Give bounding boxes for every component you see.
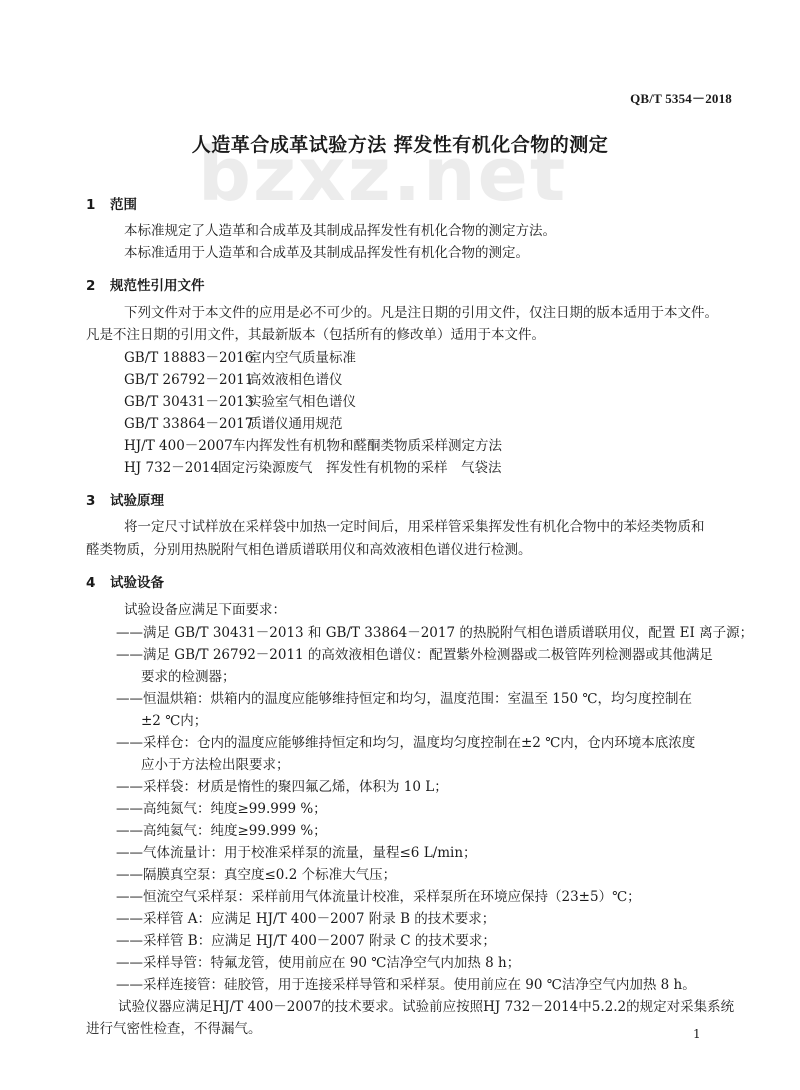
list-item: ——采样管 B：应满足 HJ/T 400－2007 附录 C 的技术要求；	[116, 929, 496, 949]
list-item: ——采样导管：特氟龙管，使用前应在 90 ℃洁净空气内加热 8 h；	[116, 951, 520, 971]
reference-title: 固定污染源废气 挥发性有机物的采样 气袋法	[218, 460, 502, 476]
reference-title: 质谱仪通用规范	[248, 416, 343, 432]
reference-code: GB/T 26792－2011	[124, 368, 248, 388]
paragraph: 进行气密性检查，不得漏气。	[86, 1017, 262, 1037]
list-item: ——隔膜真空泵：真空度≤0.2 个标准大气压；	[116, 863, 396, 883]
paragraph: 凡是不注日期的引用文件，其最新版本（包括所有的修改单）适用于本文件。	[86, 323, 545, 343]
paragraph: 下列文件对于本文件的应用是必不可少的。凡是注日期的引用文件，仅注日期的版本适用于…	[124, 301, 718, 321]
document-page: QB/T 5354－2018 bzxz.net 人造革合成革试验方法 挥发性有机…	[0, 0, 800, 1090]
reference-item: HJ 732－2014固定污染源废气 挥发性有机物的采样 气袋法	[124, 456, 502, 476]
list-item: ——气体流量计：用于校准采样泵的流量，量程≤6 L/min；	[116, 841, 477, 861]
list-item: ——高纯氮气：纯度≥99.999 %；	[116, 797, 327, 817]
section-heading-apparatus: 4试验设备	[86, 571, 164, 591]
section-heading-scope: 1范围	[86, 193, 137, 213]
paragraph: 试验设备应满足下面要求：	[124, 598, 286, 618]
reference-item: GB/T 26792－2011高效液相色谱仪	[124, 368, 343, 388]
list-item: ——采样连接管：硅胶管，用于连接采样导管和采样泵。使用前应在 90 ℃洁净空气内…	[116, 973, 696, 993]
reference-item: GB/T 30431－2013实验室气相色谱仪	[124, 390, 356, 410]
section-number: 1	[86, 197, 110, 213]
paragraph: 本标准规定了人造革和合成革及其制成品挥发性有机化合物的测定方法。	[124, 219, 556, 239]
paragraph: 本标准适用于人造革和合成革及其制成品挥发性有机化合物的测定。	[124, 241, 529, 261]
section-number: 4	[86, 575, 110, 591]
reference-item: GB/T 18883－2016室内空气质量标准	[124, 346, 356, 366]
list-item-continuation: 应小于方法检出限要求；	[141, 753, 290, 773]
reference-title: 高效液相色谱仪	[248, 372, 343, 388]
list-item: ——高纯氦气：纯度≥99.999 %；	[116, 819, 327, 839]
paragraph: 将一定尺寸试样放在采样袋中加热一定时间后，用采样管采集挥发性有机化合物中的苯烃类…	[124, 515, 705, 535]
reference-code: GB/T 18883－2016	[124, 346, 248, 366]
section-heading-normative-references: 2规范性引用文件	[86, 274, 205, 294]
list-item-continuation: 要求的检测器；	[141, 665, 236, 685]
list-item: ——恒温烘箱：烘箱内的温度应能够维持恒定和均匀，温度范围：室温至 150 ℃，均…	[116, 687, 692, 707]
standard-code: QB/T 5354－2018	[630, 88, 732, 107]
list-item: ——恒流空气采样泵：采样前用气体流量计校准，采样泵所在环境应保持（23±5）℃；	[116, 885, 641, 905]
reference-code: GB/T 33864－2017	[124, 412, 248, 432]
list-item-continuation: ±2 ℃内；	[141, 709, 207, 729]
section-title: 规范性引用文件	[110, 278, 205, 294]
section-number: 2	[86, 278, 110, 294]
reference-code: HJ/T 400－2007	[124, 434, 232, 454]
section-number: 3	[86, 493, 110, 509]
document-title: 人造革合成革试验方法 挥发性有机化合物的测定	[0, 130, 800, 157]
reference-item: GB/T 33864－2017质谱仪通用规范	[124, 412, 343, 432]
section-title: 范围	[110, 197, 137, 213]
section-heading-principle: 3试验原理	[86, 489, 164, 509]
paragraph: 试验仪器应满足HJ/T 400－2007的技术要求。试验前应按照HJ 732－2…	[118, 995, 734, 1015]
list-item: ——满足 GB/T 26792－2011 的高效液相色谱仪：配置紫外检测器或二极…	[116, 643, 713, 663]
reference-title: 车内挥发性有机物和醛酮类物质采样测定方法	[232, 438, 502, 454]
paragraph: 醛类物质，分别用热脱附气相色谱质谱联用仪和高效液相色谱仪进行检测。	[86, 538, 532, 558]
section-title: 试验原理	[110, 493, 164, 509]
list-item: ——采样袋：材质是惰性的聚四氟乙烯，体积为 10 L；	[116, 775, 448, 795]
reference-item: HJ/T 400－2007车内挥发性有机物和醛酮类物质采样测定方法	[124, 434, 502, 454]
reference-title: 实验室气相色谱仪	[248, 394, 356, 410]
reference-code: GB/T 30431－2013	[124, 390, 248, 410]
page-number: 1	[693, 1027, 701, 1041]
list-item: ——采样仓：仓内的温度应能够维持恒定和均匀，温度均匀度控制在±2 ℃内，仓内环境…	[116, 731, 695, 751]
list-item: ——满足 GB/T 30431－2013 和 GB/T 33864－2017 的…	[116, 621, 753, 641]
reference-code: HJ 732－2014	[124, 456, 218, 476]
section-title: 试验设备	[110, 575, 164, 591]
reference-title: 室内空气质量标准	[248, 350, 356, 366]
list-item: ——采样管 A：应满足 HJ/T 400－2007 附录 B 的技术要求；	[116, 907, 495, 927]
